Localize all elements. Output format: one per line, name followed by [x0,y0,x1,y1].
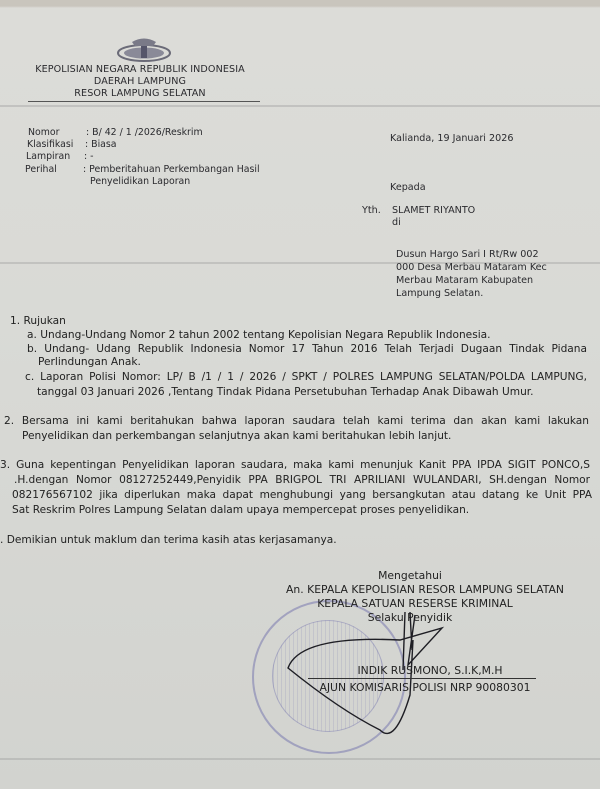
meta-klasifikasi: Klasifikasi: Biasa [27,139,117,151]
point-1c: c. Laporan Polisi Nomor: LP/ B /1 / 1 / … [25,371,587,385]
point-1-title: 1. Rujukan [10,315,66,329]
signature-rule [308,678,536,679]
address-line: Dusun Hargo Sari I Rt/Rw 002 [396,249,539,262]
point-1b-cont: Perlindungan Anak. [38,356,141,370]
recipient-name: SLAMET RIYANTO [392,205,475,218]
header-line-3: RESOR LAMPUNG SELATAN [20,88,260,101]
point-4: . Demikian untuk maklum dan terima kasih… [0,534,337,548]
address-line: Merbau Mataram Kabupaten [396,275,533,288]
point-2-cont: Penyelidikan dan perkembangan selanjutny… [22,430,451,444]
meta-lampiran: Lampiran: - [26,151,94,163]
signer-rank: AJUN KOMISARIS POLISI NRP 90080301 [305,681,545,694]
mengetahui-label: Mengetahui [330,569,490,582]
point-1a: a. Undang-Undang Nomor 2 tahun 2002 tent… [27,329,491,343]
header-rule [28,101,260,102]
meta-perihal: Perihal: Pemberitahuan Perkembangan Hasi… [25,164,260,176]
signature-unit: KEPALA SATUAN RESERSE KRIMINAL [280,597,550,610]
yth-label: Yth. [362,205,381,218]
meta-perihal-cont: Penyelidikan Laporan [90,176,190,188]
address-line: 000 Desa Merbau Mataram Kec [396,262,547,275]
letter-page: KEPOLISIAN NEGARA REPUBLIK INDONESIA DAE… [0,0,600,789]
point-1c-cont: tanggal 03 Januari 2026 ,Tentang Tindak … [37,386,534,400]
kepada-label: Kepada [390,182,426,195]
point-3-cont: 082176567102 jika diperlukan maka dapat … [12,489,592,503]
signer-name: INDIK RUSMONO, S.I.K,M.H [330,664,530,677]
header-line-2: DAERAH LAMPUNG [20,76,260,89]
point-3: 3. Guna kepentingan Penyelidikan laporan… [0,459,590,473]
meta-nomor: Nomor: B/ 42 / 1 /2026/Reskrim [28,127,203,139]
point-3-cont: .H.dengan Nomor 08127252449,Penyidik PPA… [14,474,590,488]
paper-fold [0,105,600,107]
header-line-1: KEPOLISIAN NEGARA REPUBLIK INDONESIA [20,64,260,77]
di-label: di [392,217,401,230]
signature-an: An. KEPALA KEPOLISIAN RESOR LAMPUNG SELA… [265,583,585,596]
point-2: 2. Bersama ini kami beritahukan bahwa la… [4,415,589,429]
police-emblem-icon [115,36,173,62]
place-date: Kalianda, 19 Januari 2026 [390,133,513,146]
address-line: Lampung Selatan. [396,288,483,301]
point-1b: b. Undang- Udang Republik Indonesia Nomo… [27,343,587,357]
point-3-cont: Sat Reskrim Polres Lampung Selatan dalam… [12,504,469,518]
